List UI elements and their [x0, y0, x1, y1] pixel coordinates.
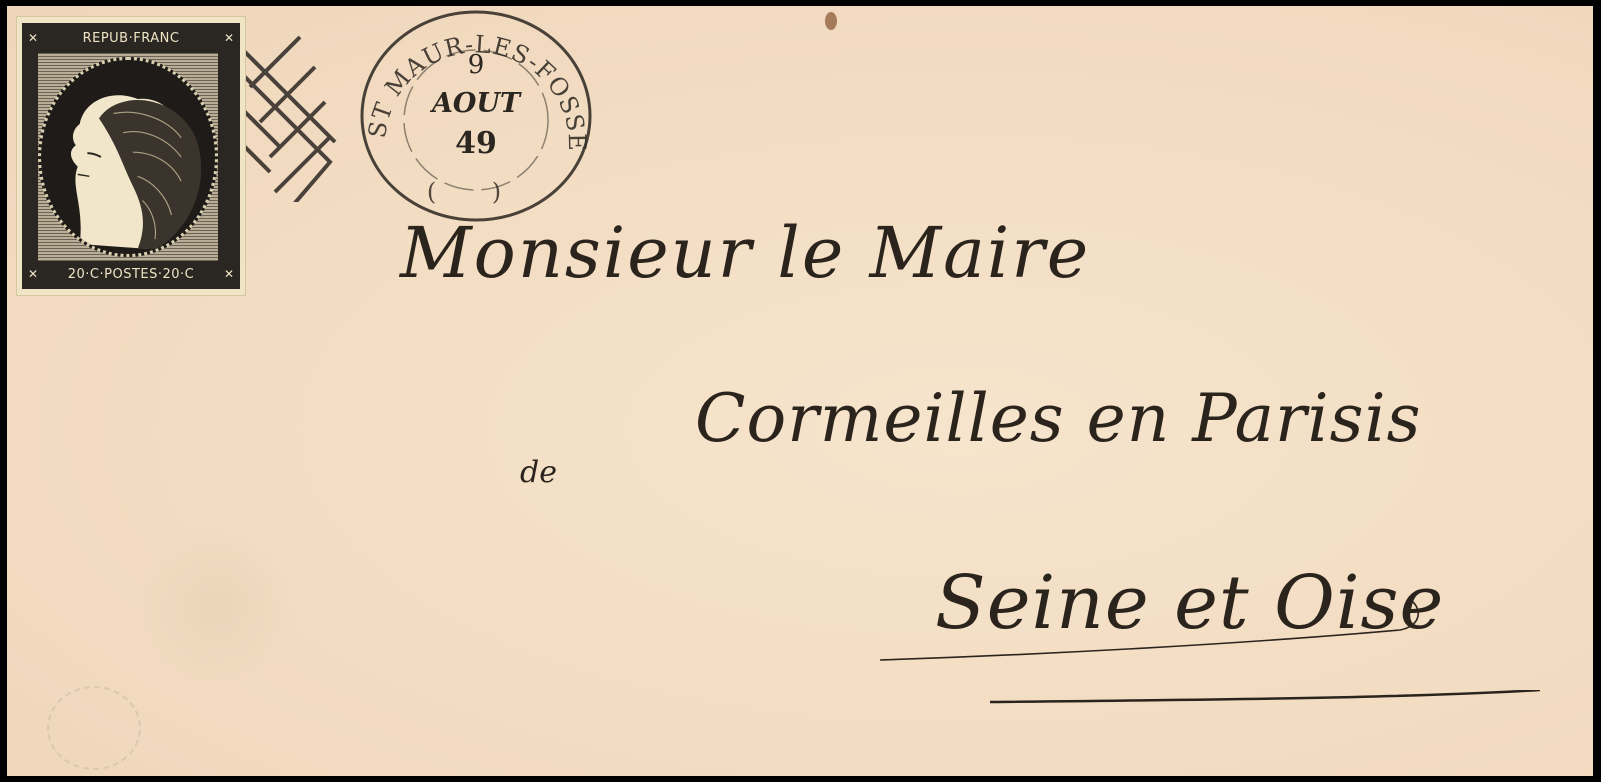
stamp-denomination: 20·C·POSTES·20·C: [22, 263, 240, 285]
ceres-portrait-icon: [41, 60, 215, 254]
corner-cross-icon: ✕: [220, 29, 238, 47]
flourish-stroke-icon: [880, 600, 1440, 680]
postmark-department: ( ): [358, 178, 594, 206]
postmark-year: 49: [358, 126, 594, 161]
postmark-day: 9: [358, 50, 594, 80]
grille-cancel-icon: [230, 32, 340, 202]
ink-spot: [825, 12, 837, 30]
address-line-prefix: de: [520, 455, 557, 490]
corner-cross-icon: ✕: [24, 265, 42, 283]
corner-cross-icon: ✕: [24, 29, 42, 47]
faint-stain: [137, 526, 297, 686]
postage-stamp: REPUB·FRANC 20·C·POSTES·20·C ✕ ✕ ✕ ✕: [17, 17, 245, 295]
address-underline-icon: [990, 690, 1540, 704]
stamp-medallion: [38, 57, 218, 257]
stamp-frame: REPUB·FRANC 20·C·POSTES·20·C ✕ ✕ ✕ ✕: [22, 23, 240, 289]
circular-date-postmark: ST MAUR-LES-FOSSES 9 AOUT 49 ( ): [358, 8, 594, 224]
corner-cross-icon: ✕: [220, 265, 238, 283]
address-line-recipient: Monsieur le Maire: [400, 212, 1090, 294]
stamp-top-legend: REPUB·FRANC: [22, 27, 240, 49]
faint-handstamp: [47, 686, 141, 770]
address-line-town: Cormeilles en Parisis: [695, 380, 1422, 457]
postmark-month: AOUT: [358, 88, 594, 119]
